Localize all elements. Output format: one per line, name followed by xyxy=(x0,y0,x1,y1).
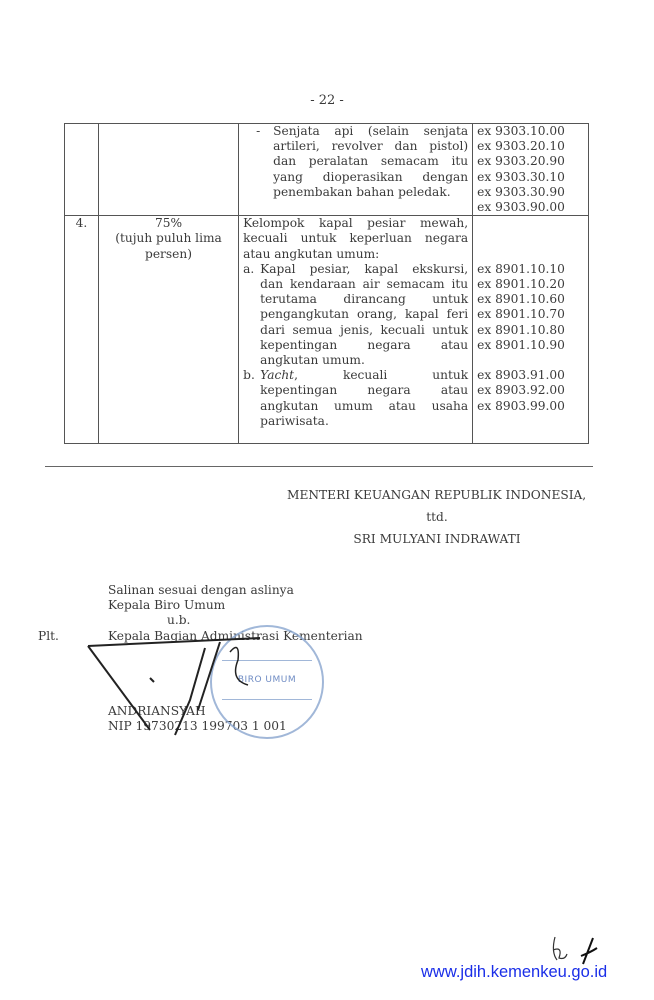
minister-name: SRI MULYANI INDRAWATI xyxy=(287,528,587,550)
description-line: pariwisata. xyxy=(260,414,468,429)
list-item: b. Yacht, kecuali untuk kepentingan nega… xyxy=(243,368,468,429)
description-line: penembakan bahan peledak. xyxy=(273,185,468,200)
group-intro-line: kecuali untuk keperluan negara xyxy=(243,231,468,246)
list-item: a. Kapal pesiar, kapal ekskursi, dan ken… xyxy=(243,262,468,368)
group-intro-line: atau angkutan umum: xyxy=(243,247,468,262)
initials-paraf-icon xyxy=(545,932,605,967)
hs-code: ex 8901.10.60 xyxy=(477,292,584,307)
office-title: MENTERI KEUANGAN REPUBLIK INDONESIA, xyxy=(287,484,587,506)
item-marker: a. xyxy=(243,262,260,368)
certification-line: Kepala Biro Umum xyxy=(108,598,225,613)
description-line: dari semua jenis, kecuali untuk xyxy=(260,323,468,338)
description-line: pengangkutan orang, kapal feri xyxy=(260,307,468,322)
group-intro-line: Kelompok kapal pesiar mewah, xyxy=(243,216,468,231)
certification-line: Salinan sesuai dengan aslinya xyxy=(108,583,294,598)
minister-signature-block: MENTERI KEUANGAN REPUBLIK INDONESIA, ttd… xyxy=(287,484,587,550)
hs-code: ex 9303.20.90 xyxy=(477,154,584,169)
divider-line xyxy=(45,466,593,467)
page-number: - 22 - xyxy=(0,93,654,108)
dash-marker: - xyxy=(243,124,273,200)
tax-rate-words: persen) xyxy=(103,247,234,262)
italic-term: Yacht xyxy=(260,368,294,382)
hs-code: ex 9303.20.10 xyxy=(477,139,584,154)
tax-rate-cell xyxy=(98,124,238,216)
hs-code-cell: ex 9303.10.00 ex 9303.20.10 ex 9303.20.9… xyxy=(473,124,589,216)
hs-code-cell: ex 8901.10.10 ex 8901.10.20 ex 8901.10.6… xyxy=(473,216,589,444)
description-line: kepentingan negara atau xyxy=(260,383,468,398)
hs-code: ex 8901.10.70 xyxy=(477,307,584,322)
hs-code: ex 8903.92.00 xyxy=(477,383,584,398)
hs-code: ex 9303.10.00 xyxy=(477,124,584,139)
table-row: 4. 75% (tujuh puluh lima persen) Kelompo… xyxy=(65,216,589,444)
list-item: - Senjata api (selain senjata artileri, … xyxy=(243,124,468,200)
description-line: dan kendaraan air semacam itu xyxy=(260,277,468,292)
plt-prefix: Plt. xyxy=(38,629,76,644)
signed-mark: ttd. xyxy=(287,506,587,528)
hs-code: ex 8901.10.80 xyxy=(477,323,584,338)
tax-rate: 75% xyxy=(103,216,234,231)
hs-code: ex 8903.91.00 xyxy=(477,368,584,383)
hs-code: ex 9303.90.00 xyxy=(477,200,584,215)
tax-rate-words: (tujuh puluh lima xyxy=(103,231,234,246)
handwritten-signature-icon xyxy=(80,630,280,740)
description-line: Kapal pesiar, kapal ekskursi, xyxy=(260,262,468,277)
hs-code: ex 8901.10.20 xyxy=(477,277,584,292)
row-number-cell: 4. xyxy=(65,216,99,444)
tax-rate-cell: 75% (tujuh puluh lima persen) xyxy=(98,216,238,444)
description-line: terutama dirancang untuk xyxy=(260,292,468,307)
website-link[interactable]: www.jdih.kemenkeu.go.id xyxy=(421,963,607,982)
hs-code: ex 8901.10.10 xyxy=(477,262,584,277)
description-line: yang dioperasikan dengan xyxy=(273,170,468,185)
row-number-cell xyxy=(65,124,99,216)
table-row: - Senjata api (selain senjata artileri, … xyxy=(65,124,589,216)
certification-line: u.b. xyxy=(167,613,190,628)
description-line: Senjata api (selain senjata xyxy=(273,124,468,139)
goods-description-cell: Kelompok kapal pesiar mewah, kecuali unt… xyxy=(239,216,473,444)
item-marker: b. xyxy=(243,368,260,429)
description-line: kepentingan negara atau xyxy=(260,338,468,353)
description-text: , kecuali untuk xyxy=(294,368,468,382)
description-line: artileri, revolver dan pistol) xyxy=(273,139,468,154)
luxury-goods-tax-table: - Senjata api (selain senjata artileri, … xyxy=(64,123,589,444)
goods-description-cell: - Senjata api (selain senjata artileri, … xyxy=(239,124,473,216)
hs-code: ex 8901.10.90 xyxy=(477,338,584,353)
description-line: angkutan umum. xyxy=(260,353,468,368)
description-line: dan peralatan semacam itu xyxy=(273,154,468,169)
description-line: angkutan umum atau usaha xyxy=(260,399,468,414)
hs-code: ex 9303.30.10 xyxy=(477,170,584,185)
description-line: Yacht, kecuali untuk xyxy=(260,368,468,383)
hs-code: ex 9303.30.90 xyxy=(477,185,584,200)
hs-code: ex 8903.99.00 xyxy=(477,399,584,414)
